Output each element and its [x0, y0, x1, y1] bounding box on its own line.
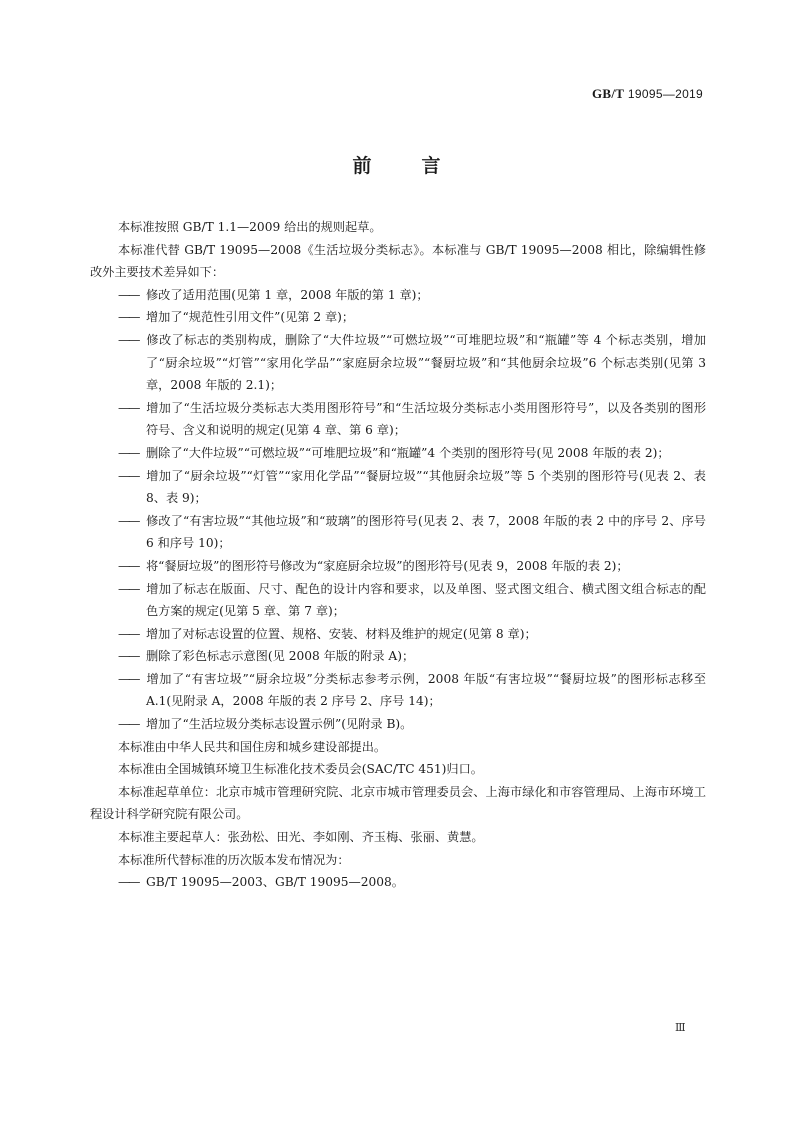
paragraph-drafting-units: 本标准起草单位：北京市城市管理研究院、北京市城市管理委员会、上海市绿化和市容管理…	[90, 781, 706, 826]
change-text: 增加了“规范性引用文件”(见第 2 章)；	[146, 310, 354, 324]
title-char-2: 言	[422, 151, 441, 178]
list-item-change: ——将“餐厨垃圾”的图形符号修改为“家庭厨余垃圾”的图形符号(见表 9，2008…	[90, 555, 706, 578]
dash-marker: ——	[118, 442, 146, 465]
paragraph-main-drafters: 本标准主要起草人：张劲松、田光、李如刚、齐玉梅、张丽、黄慧。	[90, 826, 706, 849]
dash-marker: ——	[118, 510, 146, 533]
change-text: 修改了标志的类别构成，删除了“大件垃圾”“可燃垃圾”“可堆肥垃圾”和“瓶罐”等 …	[146, 333, 706, 392]
dash-marker: ——	[118, 578, 146, 601]
change-text: 增加了标志在版面、尺寸、配色的设计内容和要求，以及单图、竖式图文组合、横式图文组…	[146, 582, 706, 619]
change-text: 将“餐厨垃圾”的图形符号修改为“家庭厨余垃圾”的图形符号(见表 9，2008 年…	[146, 559, 629, 573]
standard-number: 19095—2019	[628, 87, 703, 101]
page-title: 前言	[0, 151, 793, 178]
standard-code-header: GB/T 19095—2019	[592, 86, 703, 102]
history-text: GB/T 19095—2003、GB/T 19095—2008。	[146, 875, 404, 889]
title-char-1: 前	[352, 151, 371, 178]
foreword-body: 本标准按照 GB/T 1.1—2009 给出的规则起草。 本标准代替 GB/T …	[90, 216, 706, 894]
dash-marker: ——	[118, 306, 146, 329]
paragraph-under-jurisdiction: 本标准由全国城镇环境卫生标准化技术委员会(SAC/TC 451)归口。	[90, 758, 706, 781]
list-item-change: ——修改了适用范围(见第 1 章，2008 年版的第 1 章)；	[90, 284, 706, 307]
list-item-change: ——删除了“大件垃圾”“可燃垃圾”“可堆肥垃圾”和“瓶罐”4 个类别的图形符号(…	[90, 442, 706, 465]
list-item-change: ——修改了“有害垃圾”“其他垃圾”和“玻璃”的图形符号(见表 2、表 7，200…	[90, 510, 706, 555]
list-item-change: ——增加了标志在版面、尺寸、配色的设计内容和要求，以及单图、竖式图文组合、横式图…	[90, 578, 706, 623]
dash-marker: ——	[118, 397, 146, 420]
change-text: 修改了“有害垃圾”“其他垃圾”和“玻璃”的图形符号(见表 2、表 7，2008 …	[146, 514, 706, 551]
change-text: 增加了对标志设置的位置、规格、安装、材料及维护的规定(见第 8 章)；	[146, 627, 537, 641]
change-text: 删除了彩色标志示意图(见 2008 年版的附录 A)；	[146, 649, 414, 663]
change-text: 增加了“生活垃圾分类标志设置示例”(见附录 B)。	[146, 717, 412, 731]
paragraph-drafting-rules: 本标准按照 GB/T 1.1—2009 给出的规则起草。	[90, 216, 706, 239]
paragraph-history-intro: 本标准所代替标准的历次版本发布情况为：	[90, 849, 706, 872]
list-item-change: ——增加了“有害垃圾”“厨余垃圾”分类标志参考示例，2008 年版“有害垃圾”“…	[90, 668, 706, 713]
list-item-history: ——GB/T 19095—2003、GB/T 19095—2008。	[90, 871, 706, 894]
dash-marker: ——	[118, 645, 146, 668]
change-text: 增加了“厨余垃圾”“灯管”“家用化学品”“餐厨垃圾”“其他厨余垃圾”等 5 个类…	[146, 469, 706, 506]
list-item-change: ——增加了“生活垃圾分类标志大类用图形符号”和“生活垃圾分类标志小类用图形符号”…	[90, 397, 706, 442]
change-text: 删除了“大件垃圾”“可燃垃圾”“可堆肥垃圾”和“瓶罐”4 个类别的图形符号(见 …	[146, 446, 670, 460]
standard-prefix: GB/T	[592, 86, 624, 101]
list-item-change: ——删除了彩色标志示意图(见 2008 年版的附录 A)；	[90, 645, 706, 668]
dash-marker: ——	[118, 465, 146, 488]
paragraph-replaces: 本标准代替 GB/T 19095—2008《生活垃圾分类标志》。本标准与 GB/…	[90, 239, 706, 284]
list-item-change: ——修改了标志的类别构成，删除了“大件垃圾”“可燃垃圾”“可堆肥垃圾”和“瓶罐”…	[90, 329, 706, 397]
change-text: 增加了“生活垃圾分类标志大类用图形符号”和“生活垃圾分类标志小类用图形符号”，以…	[146, 401, 706, 438]
dash-marker: ——	[118, 668, 146, 691]
paragraph-proposed-by: 本标准由中华人民共和国住房和城乡建设部提出。	[90, 736, 706, 759]
list-item-change: ——增加了对标志设置的位置、规格、安装、材料及维护的规定(见第 8 章)；	[90, 623, 706, 646]
dash-marker: ——	[118, 871, 146, 894]
page-number: Ⅲ	[675, 1021, 686, 1034]
list-item-change: ——增加了“厨余垃圾”“灯管”“家用化学品”“餐厨垃圾”“其他厨余垃圾”等 5 …	[90, 465, 706, 510]
dash-marker: ——	[118, 555, 146, 578]
dash-marker: ——	[118, 329, 146, 352]
dash-marker: ——	[118, 284, 146, 307]
list-item-change: ——增加了“规范性引用文件”(见第 2 章)；	[90, 306, 706, 329]
list-item-change: ——增加了“生活垃圾分类标志设置示例”(见附录 B)。	[90, 713, 706, 736]
change-text: 修改了适用范围(见第 1 章，2008 年版的第 1 章)；	[146, 288, 429, 302]
dash-marker: ——	[118, 623, 146, 646]
dash-marker: ——	[118, 713, 146, 736]
change-text: 增加了“有害垃圾”“厨余垃圾”分类标志参考示例，2008 年版“有害垃圾”“餐厨…	[146, 672, 706, 709]
